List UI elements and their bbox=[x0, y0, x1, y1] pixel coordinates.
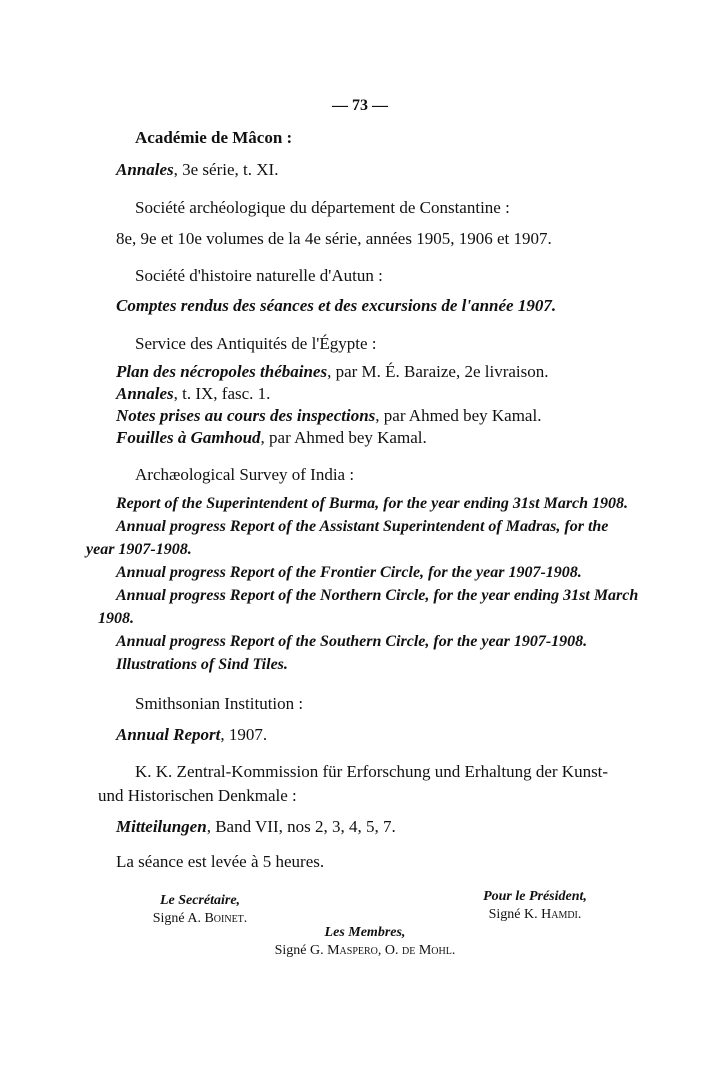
section-heading-zentral-kommission-line2: und Historischen Denkmale : bbox=[98, 786, 297, 806]
document-page: — 73 — Académie de Mâcon : Annales, 3e s… bbox=[0, 0, 720, 1079]
entry-india-madras-line1: Annual progress Report of the Assistant … bbox=[116, 517, 608, 537]
section-heading-smithsonian: Smithsonian Institution : bbox=[135, 694, 303, 714]
entry-egypte-notes: Notes prises au cours des inspections, p… bbox=[116, 406, 541, 426]
entry-rest: , par M. É. Baraize, 2e livraison. bbox=[327, 362, 548, 381]
entry-smithsonian-report: Annual Report, 1907. bbox=[116, 725, 267, 745]
signature-members: Les Membres, Signé G. Maspero, O. de Moh… bbox=[240, 924, 490, 960]
entry-title: Fouilles à Gamhoud bbox=[116, 428, 261, 447]
signature-name: Signé K. Hamdi. bbox=[450, 906, 620, 924]
closing-statement: La séance est levée à 5 heures. bbox=[116, 852, 324, 872]
entry-india-burma: Report of the Superintendent of Burma, f… bbox=[116, 494, 628, 514]
entry-title: Mitteilungen bbox=[116, 817, 207, 836]
entry-rest: , par Ahmed bey Kamal. bbox=[261, 428, 427, 447]
entry-macon-annales: Annales, 3e série, t. XI. bbox=[116, 160, 278, 180]
entry-rest: , 1907. bbox=[220, 725, 267, 744]
entry-rest: , 3e série, t. XI. bbox=[174, 160, 279, 179]
entry-india-northern-line1: Annual progress Report of the Northern C… bbox=[116, 586, 638, 606]
entry-egypte-plan: Plan des nécropoles thébaines, par M. É.… bbox=[116, 362, 549, 382]
section-heading-egypte: Service des Antiquités de l'Égypte : bbox=[135, 334, 377, 354]
entry-title: Annales bbox=[116, 384, 174, 403]
signature-secretary: Le Secrétaire, Signé A. Boinet. bbox=[120, 892, 280, 928]
entry-egypte-fouilles: Fouilles à Gamhoud, par Ahmed bey Kamal. bbox=[116, 428, 427, 448]
entry-india-frontier: Annual progress Report of the Frontier C… bbox=[116, 563, 582, 583]
section-heading-macon: Académie de Mâcon : bbox=[135, 128, 292, 148]
signature-president: Pour le Président, Signé K. Hamdi. bbox=[450, 888, 620, 924]
entry-title: Notes prises au cours des inspections bbox=[116, 406, 375, 425]
entry-constantine-volumes: 8e, 9e et 10e volumes de la 4e série, an… bbox=[116, 229, 552, 249]
section-heading-autun: Société d'histoire naturelle d'Autun : bbox=[135, 266, 383, 286]
entry-title: Annales bbox=[116, 160, 174, 179]
entry-egypte-annales: Annales, t. IX, fasc. 1. bbox=[116, 384, 270, 404]
entry-title: Plan des nécropoles thébaines bbox=[116, 362, 327, 381]
page-number: — 73 — bbox=[0, 96, 720, 116]
entry-india-northern-line2: 1908. bbox=[98, 609, 134, 629]
signature-name: Signé G. Maspero, O. de Mohl. bbox=[240, 942, 490, 960]
section-heading-constantine: Société archéologique du département de … bbox=[135, 198, 510, 218]
entry-india-sind-tiles: Illustrations of Sind Tiles. bbox=[116, 655, 288, 675]
section-heading-india: Archæological Survey of India : bbox=[135, 465, 354, 485]
entry-india-madras-line2: year 1907-1908. bbox=[86, 540, 192, 560]
entry-india-southern: Annual progress Report of the Southern C… bbox=[116, 632, 587, 652]
section-heading-zentral-kommission-line1: K. K. Zentral-Kommission für Erforschung… bbox=[135, 762, 608, 782]
entry-zentral-mitteilungen: Mitteilungen, Band VII, nos 2, 3, 4, 5, … bbox=[116, 817, 396, 837]
entry-rest: , Band VII, nos 2, 3, 4, 5, 7. bbox=[207, 817, 396, 836]
entry-autun-comptes-rendus: Comptes rendus des séances et des excurs… bbox=[116, 296, 556, 316]
signature-role: Les Membres, bbox=[240, 924, 490, 942]
entry-rest: , t. IX, fasc. 1. bbox=[174, 384, 271, 403]
signature-role: Le Secrétaire, bbox=[120, 892, 280, 910]
entry-rest: , par Ahmed bey Kamal. bbox=[375, 406, 541, 425]
signature-role: Pour le Président, bbox=[450, 888, 620, 906]
entry-title: Annual Report bbox=[116, 725, 220, 744]
